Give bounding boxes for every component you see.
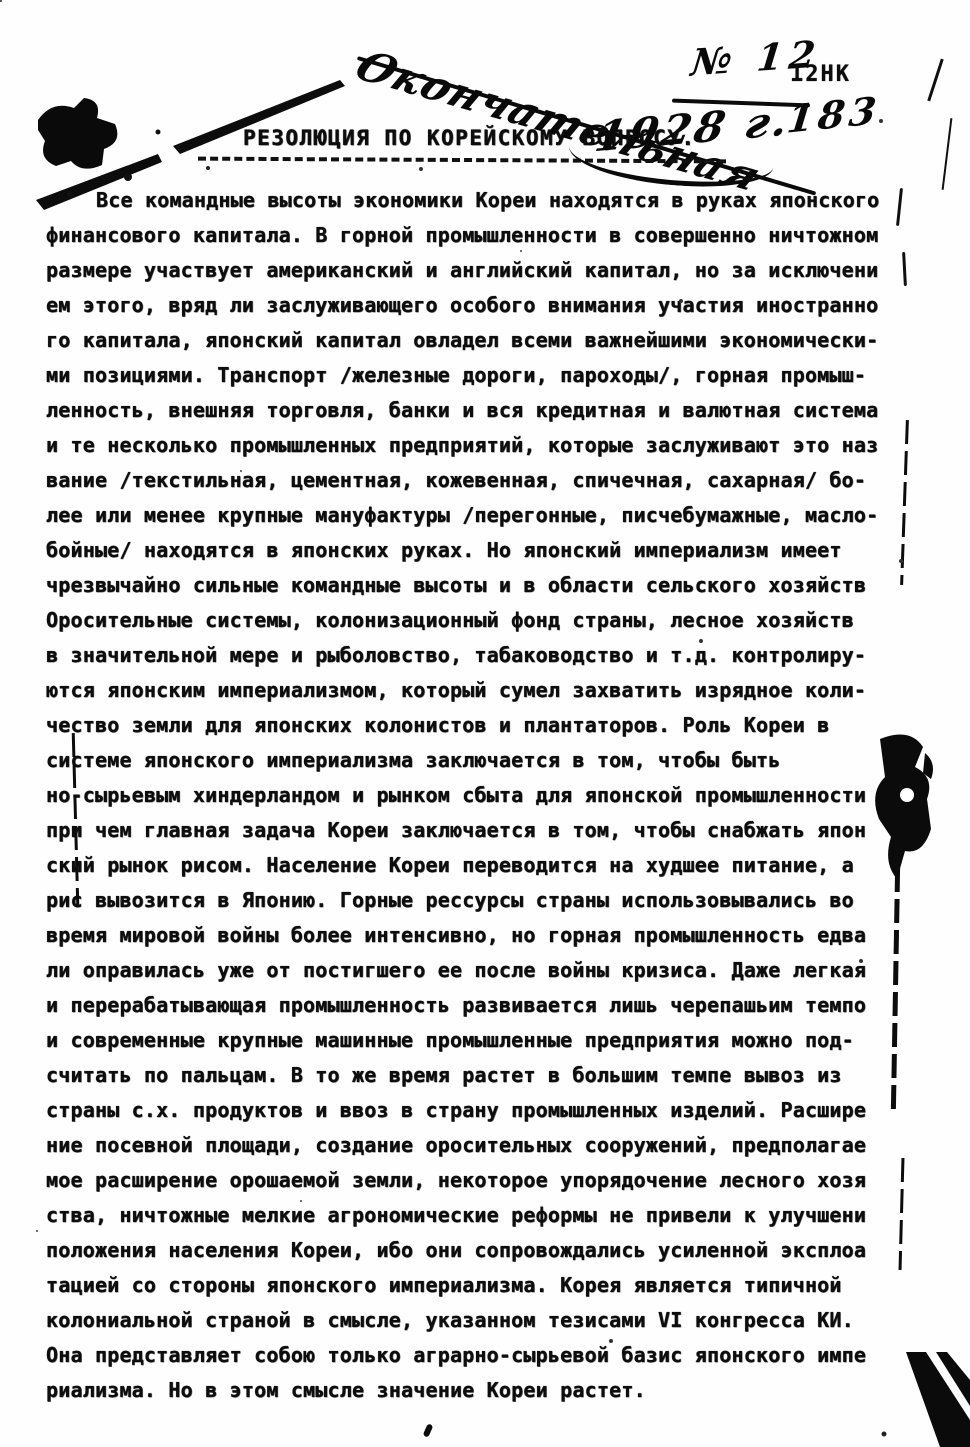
- text-line: при чем главная задача Кореи заключается…: [46, 813, 906, 848]
- text-line: в значительной мере и рыболовство, табак…: [46, 638, 906, 673]
- text-line: ем этого, вряд ли заслуживающего особого…: [46, 288, 906, 323]
- text-line: время мировой войны более интенсивно, но…: [46, 918, 906, 953]
- text-line: го капитала, японский капитал овладел вс…: [46, 323, 906, 358]
- text-line: положения населения Кореи, ибо они сопро…: [46, 1233, 906, 1268]
- text-line: ли оправилась уже от постигшего ее после…: [46, 953, 906, 988]
- text-line: чество земли для японских колонистов и п…: [46, 708, 906, 743]
- text-line: ние посевной площади, создание ороситель…: [46, 1128, 906, 1163]
- text-line: и те несколько промышленных предприятий,…: [46, 428, 906, 463]
- text-line: системе японского империализма заключает…: [46, 743, 906, 778]
- text-line: и перерабатывающая промышленность развив…: [46, 988, 906, 1023]
- typed-archive-code: 12НК: [790, 62, 851, 87]
- text-line: ства, ничтожные мелкие агрономические ре…: [46, 1198, 906, 1233]
- text-line: риализма. Но в этом смысле значение Коре…: [46, 1373, 906, 1408]
- right-edge-mark: [927, 59, 943, 102]
- text-line: размере участвует американский и английс…: [46, 253, 906, 288]
- text-line: страны с.х. продуктов и ввоз в страну пр…: [46, 1093, 906, 1128]
- text-line: ются японским империализмом, который сум…: [46, 673, 906, 708]
- text-line: Оросительные системы, колонизационный фо…: [46, 603, 906, 638]
- right-edge-mark: [942, 118, 953, 190]
- text-line: и современные крупные машинные промышлен…: [46, 1023, 906, 1058]
- text-line: рис вывозится в Японию. Горные рессурсы …: [46, 883, 906, 918]
- text-line: колониальной страной в смысле, указанном…: [46, 1303, 906, 1338]
- text-line: финансового капитала. В горной промышлен…: [46, 218, 906, 253]
- text-line: ленность, внешняя торговля, банки и вся …: [46, 393, 906, 428]
- text-line: ский рынок рисом. Население Кореи перево…: [46, 848, 906, 883]
- stray-ink-mark: [423, 1423, 434, 1437]
- handwritten-page-number: 183: [785, 87, 883, 141]
- text-line: чрезвычайно сильные командные высоты и в…: [46, 568, 906, 603]
- text-line: мое расширение орошаемой земли, некоторо…: [46, 1163, 906, 1198]
- document-body: Все командные высоты экономики Кореи нах…: [46, 183, 906, 1408]
- text-line: бойные/ находятся в японских руках. Но я…: [46, 533, 906, 568]
- text-line: но-сырьевым хиндерландом и рынком сбыта …: [46, 778, 906, 813]
- text-line: тацией со стороны японского империализма…: [46, 1268, 906, 1303]
- scan-speckles: [0, 0, 2, 2]
- handwritten-year: 1928 г.: [591, 96, 796, 161]
- text-line: ми позициями. Транспорт /железные дороги…: [46, 358, 906, 393]
- text-line: Все командные высоты экономики Кореи нах…: [46, 183, 906, 218]
- text-line: лее или менее крупные мануфактуры /перег…: [46, 498, 906, 533]
- scanned-document-page: № 12 12НК 183 Окончательная РЕЗОЛЮЦИЯ ПО…: [0, 0, 970, 1447]
- text-line: вание /текстильная, цементная, кожевенна…: [46, 463, 906, 498]
- text-line: считать по пальцам. В то же время растет…: [46, 1058, 906, 1093]
- text-line: Она представляет собою только аграрно-сы…: [46, 1338, 906, 1373]
